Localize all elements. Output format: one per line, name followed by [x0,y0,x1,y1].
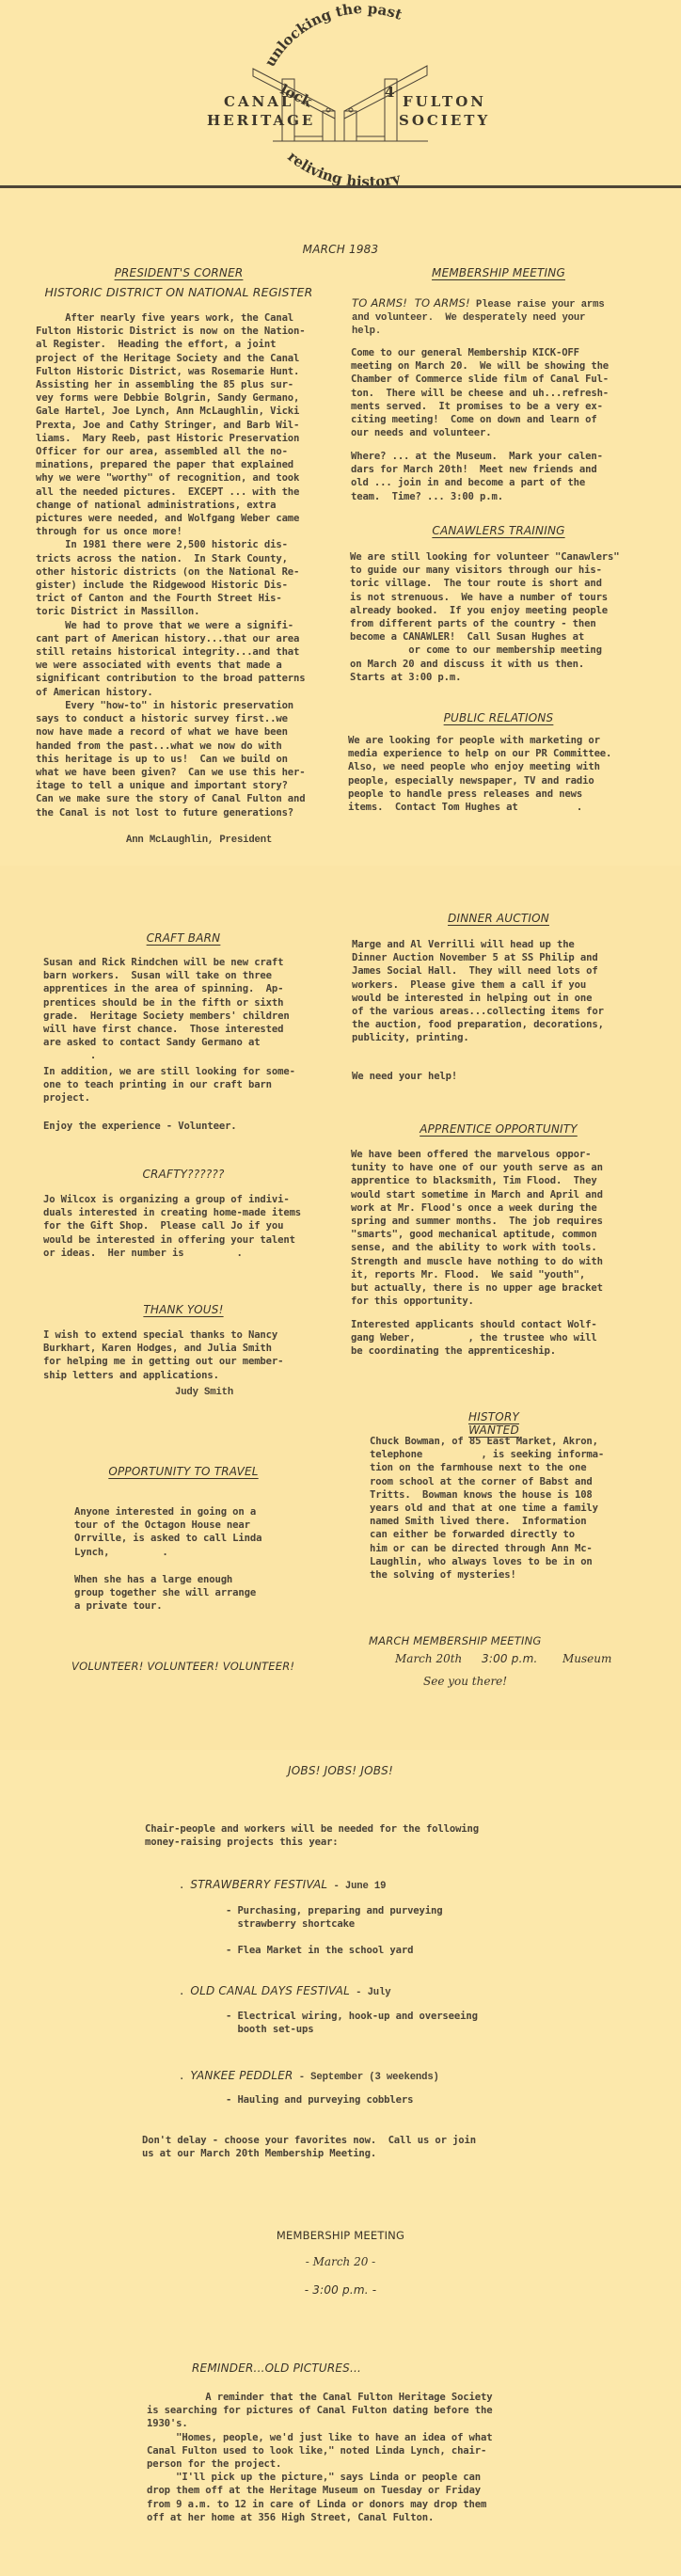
march-meeting-title: MARCH MEMBERSHIP MEETING [369,1634,541,1647]
craft-barn-enjoy: Enjoy the experience - Volunteer. [43,1120,237,1133]
reminder-heading: REMINDER...OLD PICTURES... [192,2361,361,2375]
logo-name-society: SOCIETY [399,112,490,129]
apprentice-heading: APPRENTICE OPPORTUNITY [414,1122,583,1136]
to-arms-callout: TO ARMS! TO ARMS! [352,296,470,310]
crafty-heading: CRAFTY?????? [122,1168,245,1181]
logo-name-canal: CANAL [224,93,293,110]
travel-body: Anyone interested in going on a tour of … [74,1505,261,1559]
meeting-notice-time: - 3:00 p.m. - [0,2283,681,2297]
history-wanted-body: Chuck Bowman, of 85 East Market, Akron, … [370,1435,604,1582]
svg-text:reliving history: reliving history [284,148,403,190]
travel-heading: OPPORTUNITY TO TRAVEL [94,1465,273,1478]
logo-name-fulton: FULTON [403,93,486,110]
masthead-rule [0,185,681,188]
membership-meeting-details: Come to our general Membership KICK-OFF … [351,346,609,439]
march-meeting-place: Museum [562,1652,611,1665]
craft-barn-printing: In addition, we are still looking for so… [43,1065,295,1105]
logo-motto-top: unlocking the past [261,0,404,70]
presidents-signature: Ann McLaughlin, President [126,834,272,847]
jobs-intro: Chair-people and workers will be needed … [145,1822,479,1849]
history-wanted-heading: HISTORY WANTED [442,1410,546,1437]
canawlers-training-heading: CANAWLERS TRAINING [404,524,593,537]
membership-meeting-heading: MEMBERSHIP MEETING [386,266,611,279]
thank-yous-heading: THANK YOUS! [132,1303,235,1316]
thank-yous-body: I wish to extend special thanks to Nancy… [43,1328,283,1382]
logo-name-heritage: HERITAGE [207,112,315,129]
travel-private-tour: When she has a large enough group togeth… [74,1573,256,1614]
jobs-task: - Hauling and purveying cobblers [226,2093,413,2107]
logo-lock-number: 4 [385,84,394,101]
apprentice-body: We have been offered the marvelous oppor… [351,1148,603,1308]
meeting-notice-date: - March 20 - [0,2255,681,2268]
jobs-closing: Don't delay - choose your favorites now.… [142,2134,476,2160]
newsletter-page-2: CRAFT BARN Susan and Rick Rindchen will … [0,866,681,1750]
presidents-corner-heading: PRESIDENT'S CORNER [19,266,339,279]
presidents-corner-subheading: HISTORIC DISTRICT ON NATIONAL REGISTER [19,285,339,299]
issue-date: MARCH 1983 [282,243,399,256]
newsletter-page-1: unlocking the past reliving history lock… [0,0,681,866]
membership-meeting-intro: TO ARMS! TO ARMS! Please raise your arms… [352,296,672,339]
svg-text:unlocking the past: unlocking the past [261,0,404,70]
craft-barn-heading: CRAFT BARN [132,931,235,945]
public-relations-body: We are looking for people with marketing… [348,734,611,814]
logo-motto-bottom: reliving history [284,148,403,190]
apprentice-contact: Interested applicants should contact Wol… [351,1318,597,1359]
march-meeting-date: March 20th [395,1652,462,1665]
jobs-task: - Purchasing, preparing and purveying st… [226,1904,442,1931]
meeting-notice-title: MEMBERSHIP MEETING [0,2229,681,2242]
crafty-body: Jo Wilcox is organizing a group of indiv… [43,1193,301,1260]
march-meeting-time: 3:00 p.m. [482,1652,538,1665]
membership-meeting-time-place: Where? ... at the Museum. Mark your cale… [351,450,603,503]
reminder-body: A reminder that the Canal Fulton Heritag… [147,2391,492,2524]
dinner-auction-heading: DINNER AUCTION [442,912,555,925]
thank-yous-signature: Judy Smith [175,1386,233,1399]
dinner-auction-body: Marge and Al Verrilli will head up the D… [352,938,604,1045]
jobs-task: - Flea Market in the school yard [226,1944,413,1957]
dinner-auction-help: We need your help! [352,1070,457,1083]
jobs-heading: JOBS! JOBS! JOBS! [0,1764,681,1777]
jobs-project-yankee-peddler: . YANKEE PEDDLER - September (3 weekends… [179,2067,439,2084]
public-relations-heading: PUBLIC RELATIONS [414,711,583,724]
newsletter-page-3: JOBS! JOBS! JOBS! Chair-people and worke… [0,1750,681,2576]
jobs-task: - Electrical wiring, hook-up and oversee… [226,2010,478,2036]
presidents-corner-body: After nearly five years work, the Canal … [36,311,306,819]
craft-barn-body: Susan and Rick Rindchen will be new craf… [43,956,290,1063]
jobs-project-strawberry: . STRAWBERRY FESTIVAL - June 19 [179,1876,386,1893]
canal-fulton-heritage-society-logo: unlocking the past reliving history lock… [169,0,546,198]
canawlers-training-body: We are still looking for volunteer "Cana… [350,550,620,684]
march-meeting-tagline: See you there! [423,1675,507,1688]
volunteer-callout: VOLUNTEER! VOLUNTEER! VOLUNTEER! [71,1660,307,1673]
jobs-project-old-canal-days: . OLD CANAL DAYS FESTIVAL - July [179,1982,390,1999]
